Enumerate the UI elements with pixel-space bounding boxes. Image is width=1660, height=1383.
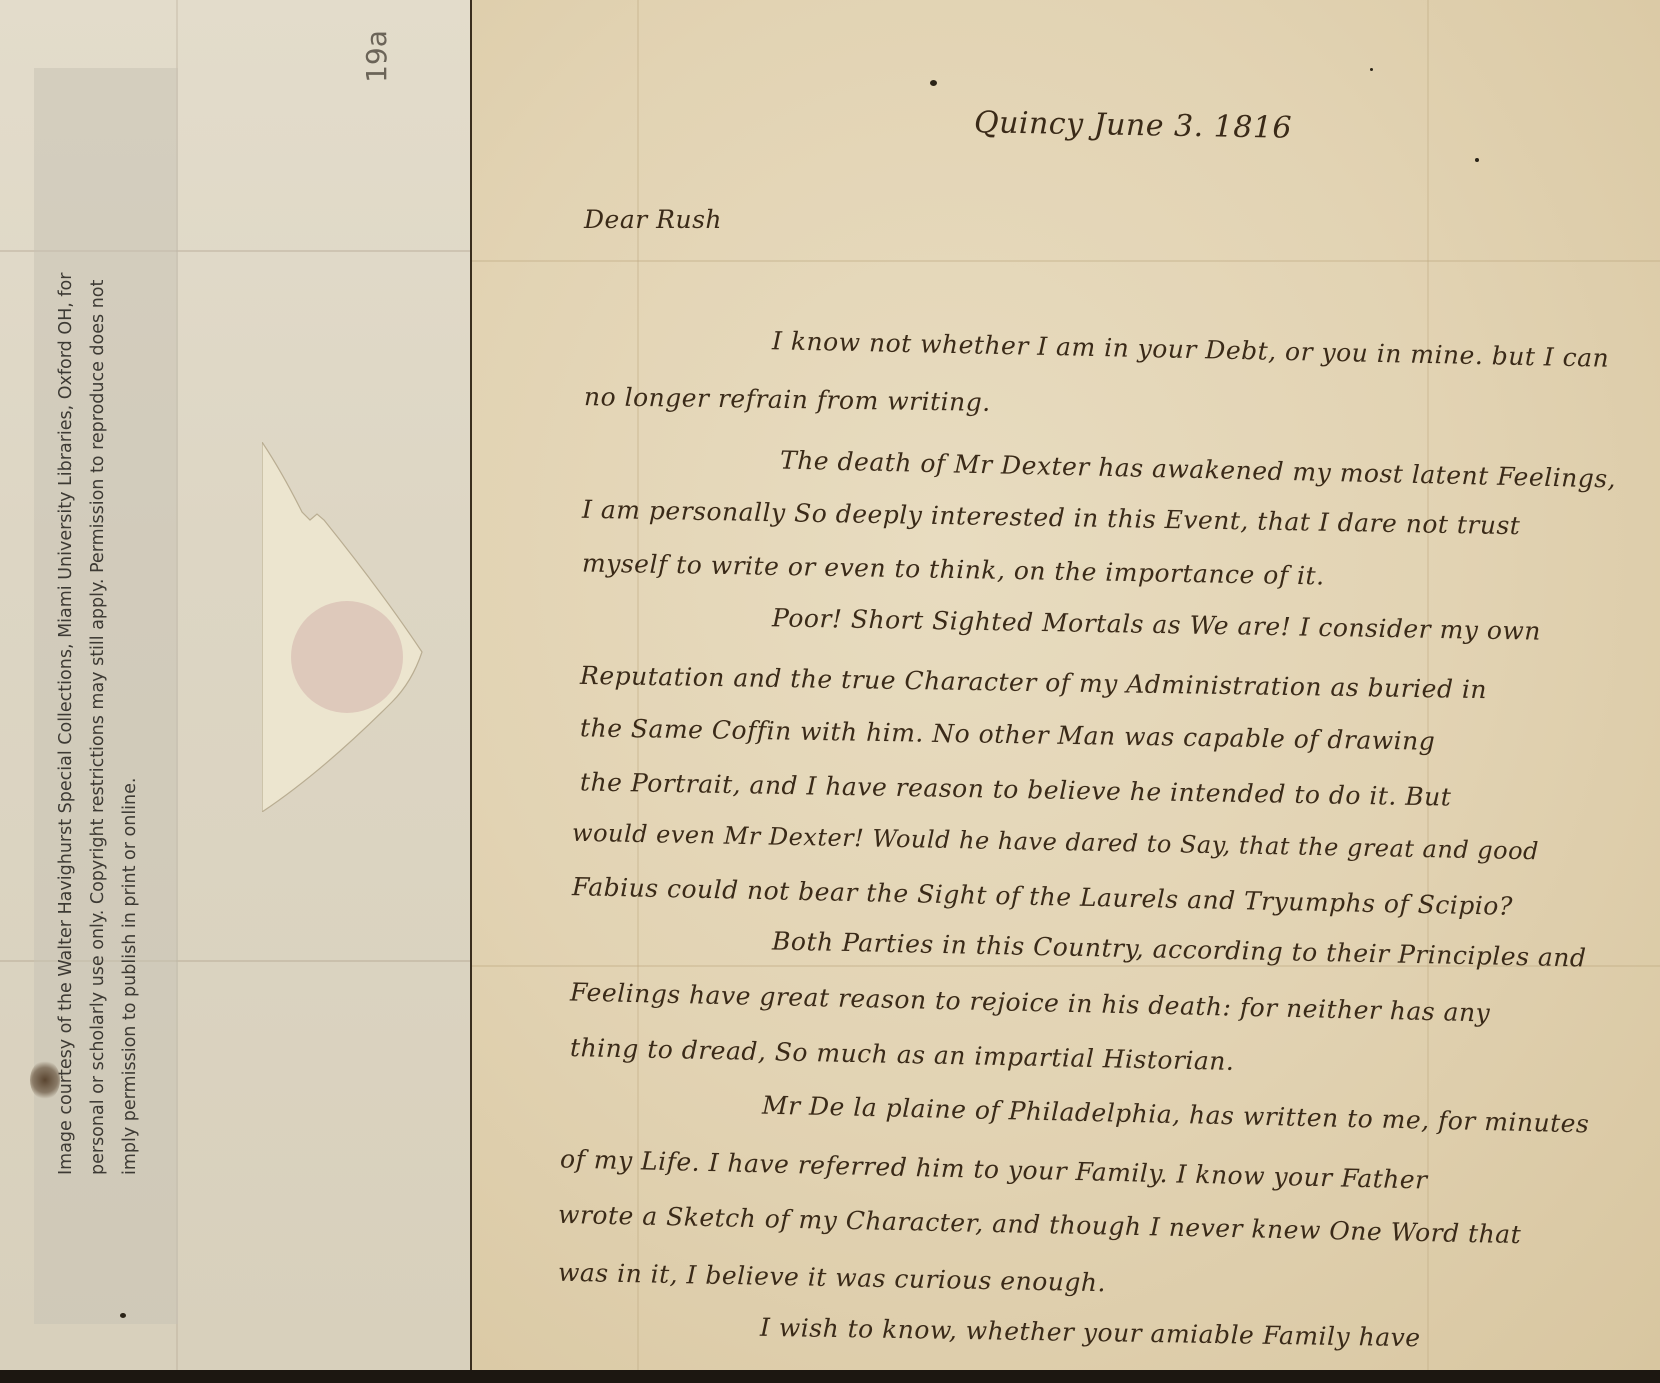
watermark-line: imply permission to publish in print or … [114, 175, 146, 1175]
letter-line: I am personally So deeply interested in … [582, 495, 1521, 540]
letter-line: wrote a Sketch of my Character, and thou… [558, 1200, 1522, 1249]
watermark-line: Image courtesy of the Walter Havighurst … [50, 175, 82, 1175]
letter-line: would even Mr Dexter! Would he have dare… [572, 819, 1539, 866]
fold-line [472, 260, 1660, 262]
ink-stain [30, 1060, 60, 1100]
dateline: Quincy June 3. 1816 [974, 105, 1293, 146]
wax-seal-icon [262, 442, 452, 812]
letter-line: the Same Coffin with him. No other Man w… [580, 713, 1436, 755]
speck [120, 1313, 126, 1318]
letter-line: I know not whether I am in your Debt, or… [772, 326, 1610, 373]
speck [930, 80, 937, 86]
letter-page: Quincy June 3. 1816 Dear Rush I know not… [472, 0, 1660, 1370]
letter-line: Reputation and the true Character of my … [580, 661, 1487, 704]
letter-line: was in it, I believe it was curious enou… [558, 1258, 1106, 1298]
archive-pencil-note: 19a [360, 30, 393, 83]
letter-line: Feelings have great reason to rejoice in… [570, 978, 1491, 1028]
watermark-line: personal or scholarly use only. Copyrigh… [82, 175, 114, 1175]
letter-line: of my Life. I have referred him to your … [560, 1144, 1428, 1194]
cover-panel: Image courtesy of the Walter Havighurst … [0, 0, 470, 1370]
letter-line: myself to write or even to think, on the… [582, 549, 1325, 591]
copyright-watermark: Image courtesy of the Walter Havighurst … [50, 175, 146, 1175]
speck [1370, 68, 1373, 71]
letter-line: The death of Mr Dexter has awakened my m… [780, 446, 1617, 494]
scan-bottom-edge [0, 1370, 1660, 1383]
letter-scan: Image courtesy of the Walter Havighurst … [0, 0, 1660, 1370]
letter-line: Mr De la plaine of Philadelphia, has wri… [762, 1091, 1590, 1139]
letter-line: thing to dread, So much as an impartial … [570, 1033, 1235, 1076]
letter-line: the Portrait, and I have reason to belie… [580, 767, 1452, 811]
letter-line: Fabius could not bear the Sight of the L… [572, 872, 1513, 921]
speck [1475, 158, 1479, 162]
letter-line: Poor! Short Sighted Mortals as We are! I… [772, 603, 1541, 645]
letter-line: no longer refrain from writing. [584, 382, 991, 417]
salutation: Dear Rush [584, 205, 722, 234]
letter-line: I wish to know, whether your amiable Fam… [760, 1313, 1421, 1352]
